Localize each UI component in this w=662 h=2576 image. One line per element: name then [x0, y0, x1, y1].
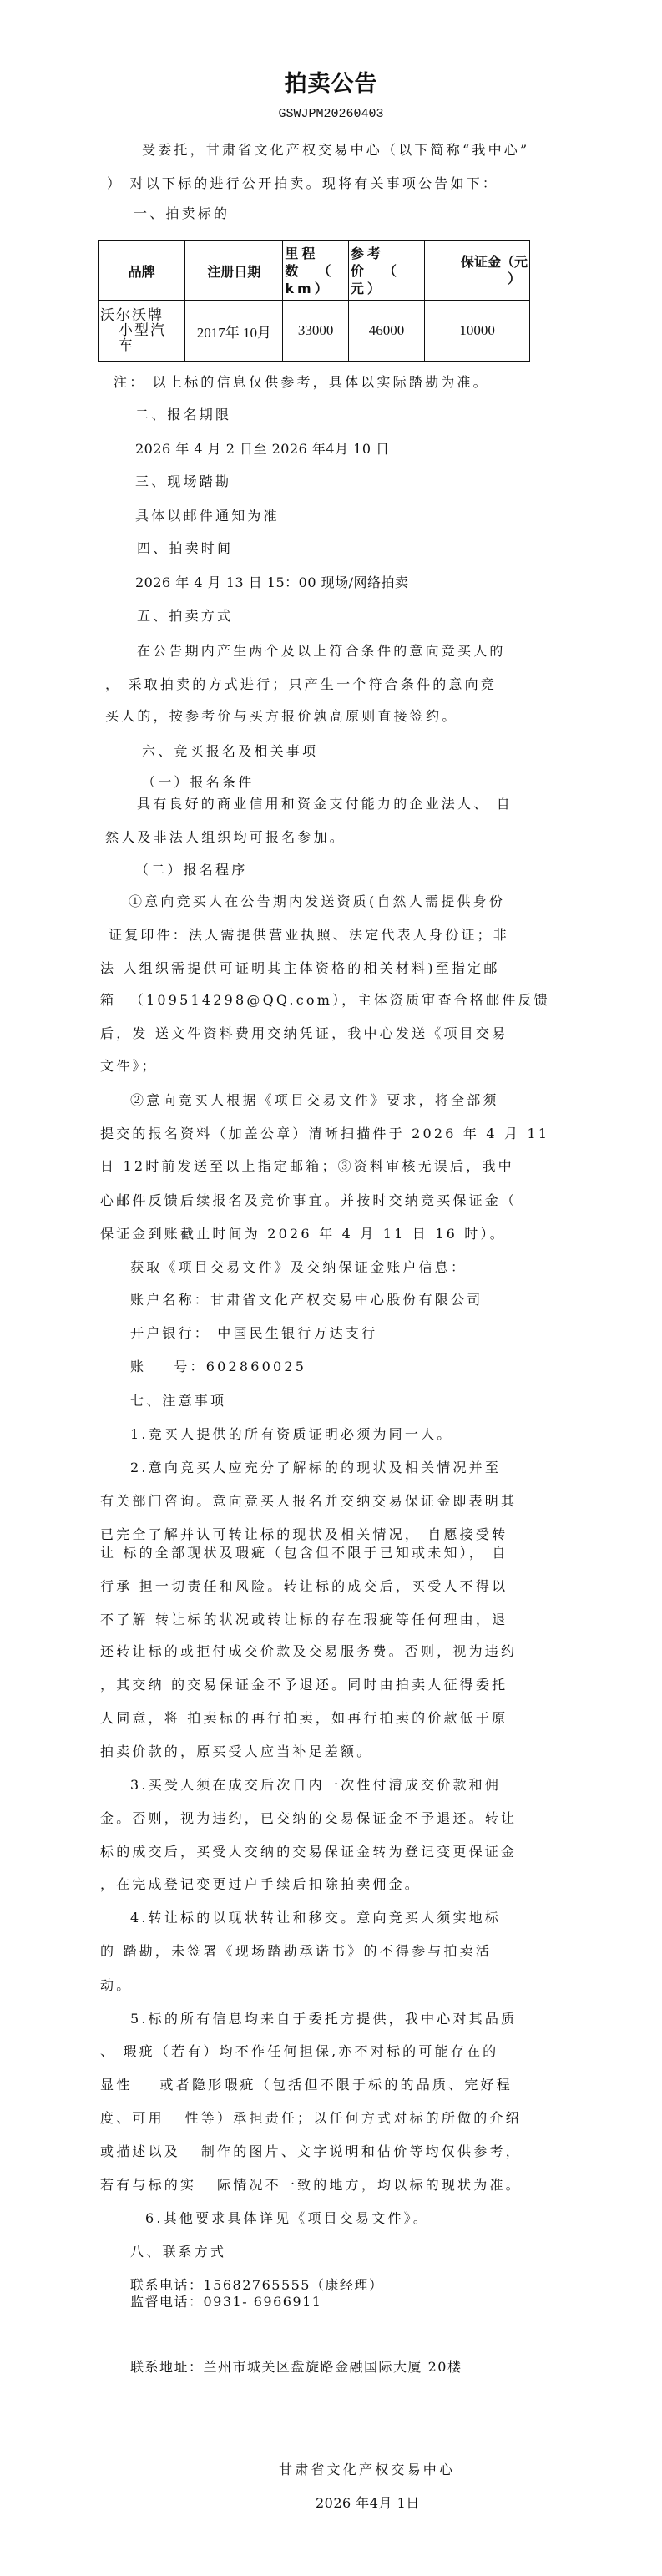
paragraph-line: 心邮件反馈后续报名及竞价事宜。并按时交纳竞买保证金（ [100, 1192, 517, 1209]
col-header-deposit: 保证金（元 ） [425, 241, 530, 301]
header-line: ） [427, 271, 528, 287]
notice-item-2-line: 还转让标的或拒付成交价款及交易服务费。否则，视为违约 [100, 1643, 517, 1660]
account-info-intro: 获取《项目交易文件》及交纳保证金账户信息： [130, 1259, 467, 1276]
notice-item-1: 1.竞买人提供的所有资质证明必须为同一人。 [130, 1426, 452, 1443]
header-line: 保证金（元 [427, 254, 528, 271]
paragraph-line: 文件》； [100, 1058, 158, 1075]
lot-table: 品牌 注册日期 里程 数 （ km） 参考 价 （ 元） 保证金（元 ） 沃尔沃… [98, 240, 530, 362]
paragraph-line: 后，发 送文件资料费用交纳凭证，我中心发送《项目交易 [100, 1025, 508, 1042]
col-header-mileage: 里程 数 （ km） [283, 241, 348, 301]
notice-item-5-line: 度、可用 性等）承担责任；以任何方式对标的所做的介绍 [100, 2110, 522, 2127]
header-line: 元） [351, 280, 422, 297]
page-title: 拍卖公告 [0, 65, 662, 98]
notice-item-5-line: 或描述以及 制作的图片、文字说明和估价等均仅供参考， [100, 2143, 522, 2160]
auction-time: 2026 年 4 月 13 日 15：00 现场/网络拍卖 [135, 574, 408, 591]
table-header-row: 品牌 注册日期 里程 数 （ km） 参考 价 （ 元） 保证金（元 ） [99, 241, 530, 301]
notice-item-5-line: 若有与标的实 际情况不一致的地方，均以标的现状为准。 [100, 2177, 522, 2194]
paragraph-line: ①意向竞买人在公告期内发送资质(自然人需提供身份 [129, 893, 505, 910]
notice-item-4-line: 动。 [100, 1977, 132, 1994]
notice-item-6: 6.其他要求具体详见《项目交易文件》。 [145, 2210, 429, 2227]
notice-item-2-line: ，其交纳 的交易保证金不予退还。同时由拍卖人征得委托 [100, 1677, 508, 1693]
header-line: 数 （ [285, 262, 346, 280]
table-row: 沃尔沃牌 小型汽 车 2017年 10月 33000 46000 10000 [99, 301, 530, 362]
announcement-code: GSWJPM20260403 [0, 107, 662, 121]
cell-registration-date: 2017年 10月 [185, 301, 283, 362]
notice-item-4-line: 的 踏勘，未签署《现场踏勘承诺书》的不得参与拍卖活 [100, 1943, 492, 1960]
paragraph-line: 保证金到账截止时间为 2026 年 4 月 11 日 16 时）。 [100, 1226, 506, 1242]
section-heading-6: 六、竞买报名及相关事项 [142, 743, 318, 760]
account-bank: 开户银行： 中国民生银行万达支行 [130, 1325, 377, 1342]
brand-line: 车 [100, 338, 183, 353]
header-line: 参考 [351, 245, 422, 262]
notice-item-2-line: 让 标的全部现状及瑕疵（包含但不限于已知或未知）， 自 [100, 1545, 508, 1561]
col-header-reference-price: 参考 价 （ 元） [348, 241, 424, 301]
section-heading-7: 七、注意事项 [130, 1393, 226, 1409]
notice-item-2-line: 人同意，将 拍卖标的再行拍卖，如再行拍卖的价款低于原 [100, 1710, 508, 1727]
notice-item-2-line: 2.意向竞买人应充分了解标的的现状及相关情况并至 [130, 1460, 501, 1476]
paragraph-line: 日 12时前发送至以上指定邮箱；③资料审核无误后，我中 [100, 1158, 514, 1175]
col-header-brand: 品牌 [99, 241, 185, 301]
section-heading-2: 二、报名期限 [135, 407, 231, 423]
section-heading-3: 三、现场踏勘 [135, 473, 231, 490]
section-heading-1: 一、拍卖标的 [134, 205, 230, 222]
intro-line: 受委托，甘肃省文化产权交易中心（以下简称“我中心” [142, 142, 529, 159]
cell-deposit: 10000 [425, 301, 530, 362]
paragraph-line: 证复印件：法人需提供营业执照、法定代表人身份证；非 [109, 927, 509, 944]
paragraph-line: 然人及非法人组织均可报名参加。 [105, 829, 346, 846]
notice-item-3-line: ，在完成登记变更过户手续后扣除拍卖佣金。 [100, 1876, 421, 1893]
section-heading-8: 八、联系方式 [130, 2244, 226, 2260]
notice-item-2-line: 已完全了解并认可转让标的现状及相关情况， 自愿接受转 [100, 1526, 508, 1543]
section-heading-5: 五、拍卖方式 [137, 608, 233, 625]
table-note: 注： 以上标的信息仅供参考，具体以实际踏勘为准。 [114, 374, 489, 391]
account-name: 账户名称：甘肃省文化产权交易中心股份有限公司 [130, 1292, 483, 1308]
notice-item-2-line: 行承 担一切责任和风险。转让标的成交后，买受人不得以 [100, 1578, 508, 1595]
brand-line: 沃尔沃牌 [100, 308, 183, 323]
notice-item-3-line: 金。否则，视为违约，已交纳的交易保证金不予退还。转让 [100, 1810, 517, 1827]
paragraph-line: 在公告期内产生两个及以上符合条件的意向竞买人的 [137, 643, 506, 660]
header-line: 价 （ [351, 262, 422, 280]
cell-brand: 沃尔沃牌 小型汽 车 [99, 301, 185, 362]
section-heading-4: 四、拍卖时间 [137, 540, 233, 557]
brand-line: 小型汽 [100, 323, 183, 338]
registration-period: 2026 年 4 月 2 日至 2026 年4月 10 日 [135, 441, 390, 458]
header-line: km） [285, 280, 346, 297]
paragraph-line: ， 采取拍卖的方式进行；只产生一个符合条件的意向竞 [105, 676, 497, 693]
notice-item-3-line: 3.买受人须在成交后次日内一次性付清成交价款和佣 [130, 1777, 501, 1794]
cell-mileage: 33000 [283, 301, 348, 362]
notice-item-5-line: 显性 或者隐形瑕疵（包括但不限于标的的品质、完好程 [100, 2077, 513, 2093]
header-line: 里程 [285, 245, 346, 262]
contact-address: 联系地址：兰州市城关区盘旋路金融国际大厦 20楼 [130, 2359, 462, 2376]
col-header-registration-date: 注册日期 [185, 241, 283, 301]
paragraph-line: 提交的报名资料（加盖公章）清晰扫描件于 2026 年 4 月 11 [100, 1126, 549, 1142]
notice-item-5-line: 5.标的所有信息均来自于委托方提供，我中心对其品质 [130, 2011, 517, 2027]
signature-date: 2026 年4月 1日 [316, 2495, 420, 2512]
subsection-heading: （一）报名条件 [142, 774, 254, 791]
subsection-heading: （二）报名程序 [135, 862, 247, 878]
intro-line: ） 对以下标的进行公开拍卖。现将有关事项公告如下： [107, 175, 498, 192]
cell-reference-price: 46000 [348, 301, 424, 362]
paragraph-line: 法 人组织需提供可证明其主体资格的相关材料)至指定邮 [100, 960, 500, 977]
paragraph-line: ②意向竞买人根据《项目交易文件》要求，将全部须 [130, 1092, 499, 1109]
contact-phone: 联系电话：15682765555（康经理） [130, 2277, 383, 2294]
paragraph-line: 具有良好的商业信用和资金支付能力的企业法人、 自 [137, 796, 513, 812]
account-number: 账 号：602860025 [130, 1359, 306, 1375]
notice-item-2-line: 拍卖价款的，原买受人应当补足差额。 [100, 1743, 372, 1760]
notice-item-4-line: 4.转让标的以现状转让和移交。意向竞买人须实地标 [130, 1910, 501, 1926]
notice-item-2-line: 有关部门咨询。意向竞买人报名并交纳交易保证金即表明其 [100, 1493, 517, 1510]
notice-item-3-line: 标的成交后，买受人交纳的交易保证金转为登记变更保证金 [100, 1844, 517, 1860]
inspection-note: 具体以邮件通知为准 [135, 508, 280, 524]
signature-organization: 甘肃省文化产权交易中心 [279, 2462, 455, 2478]
notice-item-5-line: 、 瑕疵（若有）均不作任何担保,亦不对标的可能存在的 [100, 2043, 498, 2060]
notice-item-2-line: 不了解 转让标的状况或转让标的存在瑕疵等任何理由，退 [100, 1612, 508, 1628]
supervision-phone: 监督电话：0931- 6966911 [130, 2294, 321, 2310]
paragraph-line: 买人的，按参考价与买方报价孰高原则直接签约。 [105, 708, 457, 725]
paragraph-line-email: 箱 （109514298@QQ.com），主体资质审查合格邮件反馈 [100, 992, 550, 1009]
